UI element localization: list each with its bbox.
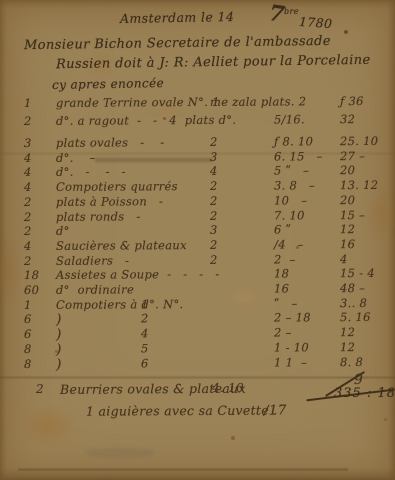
ink-speck (384, 418, 387, 421)
ledger-total: 32 (340, 112, 355, 126)
ledger-total: 3.. 8 (340, 296, 367, 310)
ledger-qty: 2 (24, 254, 32, 268)
faint-pencil-mark (85, 448, 155, 458)
ledger-total: 4 (340, 252, 348, 266)
ledger-desc: d°. a ragout - - 4 plats d°. (56, 113, 236, 128)
ledger-price: 6. 15 – (274, 149, 323, 163)
ledger-price: 5/16. (274, 112, 305, 126)
date-place: Amsterdam le 14 (120, 9, 234, 26)
ledger-total: 25. 10 (340, 134, 378, 148)
ledger-qty: 1 (24, 96, 32, 110)
ledger-size: 1 (141, 297, 149, 311)
ledger-total: 15 – (340, 207, 365, 221)
ledger-price: 2 – (274, 252, 296, 266)
ledger-price: 16 (274, 281, 289, 295)
ledger-qty: 6 (24, 327, 32, 341)
ledger-size: 3 (210, 223, 218, 237)
ledger-desc: Saucières & plateaux (56, 238, 187, 253)
ledger-size: 2 (141, 312, 149, 326)
ledger-desc: d°. – (56, 150, 96, 164)
ledger-desc: d° (56, 224, 70, 238)
ledger-qty: 2 (36, 382, 44, 396)
ledger-desc: plats à Poisson - (56, 194, 167, 209)
ledger-desc: Assietes a Soupe - - - - (56, 267, 220, 282)
ledger-qty: 60 (24, 283, 39, 297)
ledger-desc: ) (56, 356, 62, 372)
ledger-size: 2 (210, 194, 218, 208)
ledger-qty: 4 (24, 165, 32, 179)
ledger-qty: 2 (24, 210, 32, 224)
ledger-price: 7. 10 (274, 208, 305, 222)
ledger-qty: 2 (24, 114, 32, 128)
ledger-price: /4 – (274, 237, 304, 251)
ledger-price: 3. 8 – (274, 178, 315, 192)
ledger-desc: ) (56, 342, 62, 358)
ledger-desc: ) (56, 327, 62, 343)
ledger-price: 2 – (274, 326, 292, 340)
ink-speck (344, 30, 348, 34)
ledger-desc: Saladiers - (56, 253, 133, 267)
ledger-qty: 4 (24, 151, 32, 165)
ledger-total: 48 – (340, 281, 365, 295)
ledger-qty: 18 (24, 268, 39, 282)
aiguiere-row: 1 aiguières avec sa Cuvette . /17 (0, 402, 395, 419)
fold-crease (0, 376, 395, 379)
header-line-3: cy apres enoncée (52, 76, 164, 92)
ledger-total: 16 (340, 237, 355, 251)
ink-speck (231, 436, 235, 440)
ledger-total: 12 (340, 325, 355, 339)
ledger-qty: 3 (24, 136, 32, 150)
fold-crease (18, 468, 348, 471)
ledger-size: 2 (210, 252, 218, 266)
ledger-total: 13. 12 (340, 178, 378, 192)
ledger-qty: 2 (24, 195, 32, 209)
ledger-qty: 4 (24, 180, 32, 194)
ledger-size: 6 (141, 356, 149, 370)
ledger-total: ƒ 36 (340, 94, 364, 108)
ledger-size: me zala plats. 2 (210, 94, 306, 109)
ledger-desc: Compotiers quarrés (56, 179, 178, 194)
ledger-size: 4 (210, 164, 218, 178)
ledger-price: 1 - 10 (274, 340, 309, 354)
ledger-desc: d°. - - - (56, 165, 130, 179)
ledger-total: 12 (340, 222, 355, 236)
ledger-size: 2 (210, 179, 218, 193)
ledger-qty: 4 (24, 239, 32, 253)
grand-total: 335 : 18 (334, 386, 395, 401)
ledger-qty: 6 (24, 312, 32, 326)
ledger-desc: plats ronds - (56, 209, 145, 224)
ledger-row: 2d°. a ragout - - 4 plats d°.5/16.32 (0, 112, 395, 129)
ledger-price: 2 – 18 (274, 311, 311, 325)
ledger-desc: grande Terrine ovale N°. 1 (56, 95, 220, 110)
ledger-total: 27 – (340, 149, 365, 163)
ledger-desc: Compotiers à d°. N°. (56, 297, 184, 312)
ledger-size: 2 (210, 135, 218, 149)
ledger-total: 8. 8 (340, 354, 363, 368)
ledger-total: 15 - 4 (340, 266, 375, 280)
ledger-qty: 8 (24, 357, 32, 371)
ledger-price: /17 (264, 402, 287, 418)
ledger-desc: d° ordinaire (56, 282, 134, 296)
ledger-price: 6 ʺ (274, 223, 291, 237)
date-year: 1780 (299, 14, 333, 31)
ledger-price: 5 ʺ – (274, 164, 309, 178)
ledger-size: 2 (210, 238, 218, 252)
ledger-qty: 8 (24, 342, 32, 356)
ledger-price: ƒ 8. 10 (274, 134, 313, 148)
ledger-qty: 1 (24, 298, 32, 312)
ledger-row: 8)61 1 –8. 8 (0, 354, 395, 371)
ledger-total: 12 (340, 340, 355, 354)
ledger-size: 5 (141, 341, 149, 355)
scanned-invoice-page: { "date": { "prefix": "Amsterdam le 14",… (0, 0, 395, 480)
ledger-desc: 1 aiguières avec sa Cuvette . (86, 403, 278, 419)
ledger-size: 4 (141, 326, 149, 340)
ledger-size: 2 (210, 208, 218, 222)
date-month-suffix: bre (284, 7, 299, 16)
ledger-price: 18 (274, 267, 289, 281)
ledger-price: 10 – (274, 193, 307, 207)
ledger-desc: plats ovales - - (56, 135, 168, 150)
ledger-price: 1 1 – (274, 355, 307, 369)
ledger-total: 20 (340, 193, 355, 207)
ledger-size: 3 (210, 150, 218, 164)
ledger-price: 4. 10 (212, 381, 244, 395)
ledger-qty: 2 (24, 224, 32, 238)
ledger-row: 1grande Terrine ovale N°. 1me zala plats… (0, 94, 395, 111)
ledger-price: ʺ – (274, 296, 298, 310)
ledger-total: 20 (340, 163, 355, 177)
ledger-total: 5. 16 (340, 310, 371, 324)
